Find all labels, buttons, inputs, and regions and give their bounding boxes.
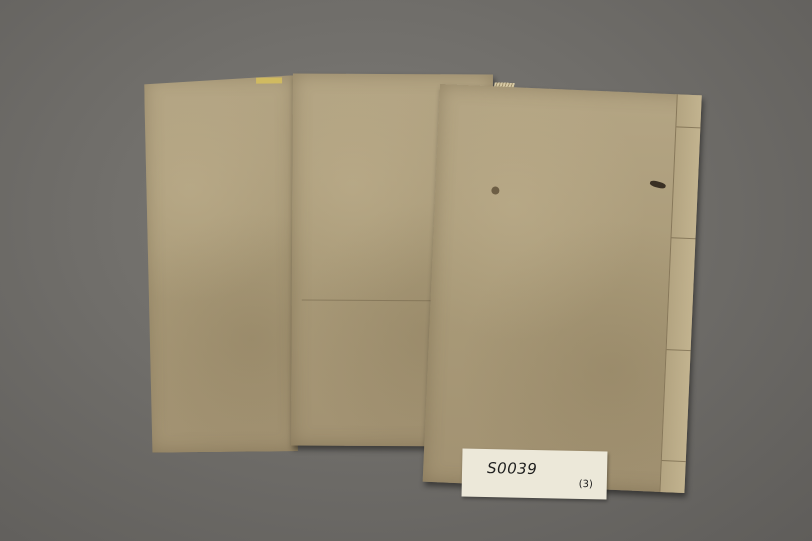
book-right	[423, 84, 702, 493]
book-left	[144, 75, 298, 453]
catalog-code: S0039	[487, 459, 538, 478]
ink-mark	[649, 180, 666, 190]
spine-stitch	[662, 460, 686, 462]
spine-stitch	[671, 238, 695, 240]
yellow-stain	[256, 77, 282, 83]
catalog-label: S0039 (3)	[462, 448, 608, 499]
spine-stitch	[667, 349, 691, 351]
volume-number: (3)	[579, 479, 593, 490]
stain-spot	[491, 186, 499, 194]
spine-stitch	[676, 126, 700, 128]
